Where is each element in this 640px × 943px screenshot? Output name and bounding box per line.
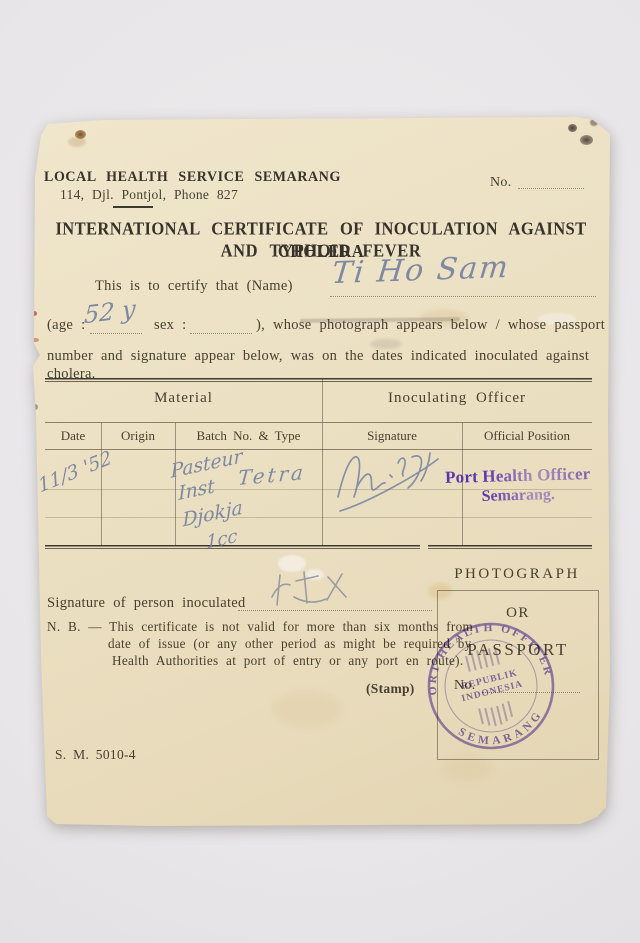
age-handwriting: 52 y [83, 295, 136, 330]
person-signature-handwriting [262, 567, 358, 613]
stain [32, 338, 39, 342]
table-rule [45, 449, 592, 450]
column-header-official-position: Official Position [462, 428, 592, 444]
port-health-officer-stamp: Port Health Officer Semarang. [434, 464, 603, 508]
photo-backdrop: LOCAL HEALTH SERVICE SEMARANG 114, Djl. … [0, 0, 640, 943]
number-label: No. [490, 174, 512, 192]
stain [580, 135, 593, 145]
group-header-material: Material [45, 390, 322, 407]
column-header-signature: Signature [322, 428, 462, 444]
stain [272, 692, 342, 726]
paper-sheet: LOCAL HEALTH SERVICE SEMARANG 114, Djl. … [32, 117, 610, 826]
letterhead-underline [113, 206, 153, 208]
certificate-paper: LOCAL HEALTH SERVICE SEMARANG 114, Djl. … [32, 117, 610, 826]
column-header-batch: Batch No. & Type [175, 428, 322, 444]
table-rule [45, 517, 592, 518]
age-label: (age : [47, 316, 85, 334]
letterhead-address: 114, Djl. Pontjol, Phone 827 [60, 187, 238, 204]
stain [590, 119, 598, 126]
column-header-date: Date [45, 428, 101, 444]
column-header-origin: Origin [101, 428, 175, 444]
table-rule [45, 422, 592, 423]
certificate-title-line2: AND TYPHOID FEVER [32, 240, 610, 262]
table-top-rule [45, 378, 592, 382]
certify-lead: This is to certify that (Name) [95, 277, 293, 295]
stain [568, 124, 577, 132]
stain [31, 311, 37, 316]
stain [75, 130, 86, 139]
sex-label: sex : [154, 316, 186, 334]
letterhead-org: LOCAL HEALTH SERVICE SEMARANG [44, 169, 341, 187]
name-handwriting: Ti Ho Sam [330, 250, 511, 291]
person-signature-label: Signature of person inoculated [47, 594, 246, 612]
origin-handwriting-line: 1cc [206, 526, 238, 554]
name-dotted-line [330, 295, 596, 297]
number-dotted-line [518, 187, 584, 189]
batch-handwriting: Tetra [237, 460, 307, 490]
stamp-line: Semarang. [434, 484, 602, 508]
certify-continuation: ), whose photograph appears below / whos… [256, 316, 605, 334]
sex-dotted-line [190, 332, 252, 334]
table-bottom-rule [428, 545, 592, 549]
group-header-inoculating-officer: Inoculating Officer [322, 390, 592, 407]
stain [32, 404, 38, 410]
age-dotted-line [90, 332, 142, 334]
photograph-heading: PHOTOGRAPH [437, 565, 597, 584]
stain [68, 137, 86, 147]
form-number: S. M. 5010-4 [55, 747, 136, 764]
